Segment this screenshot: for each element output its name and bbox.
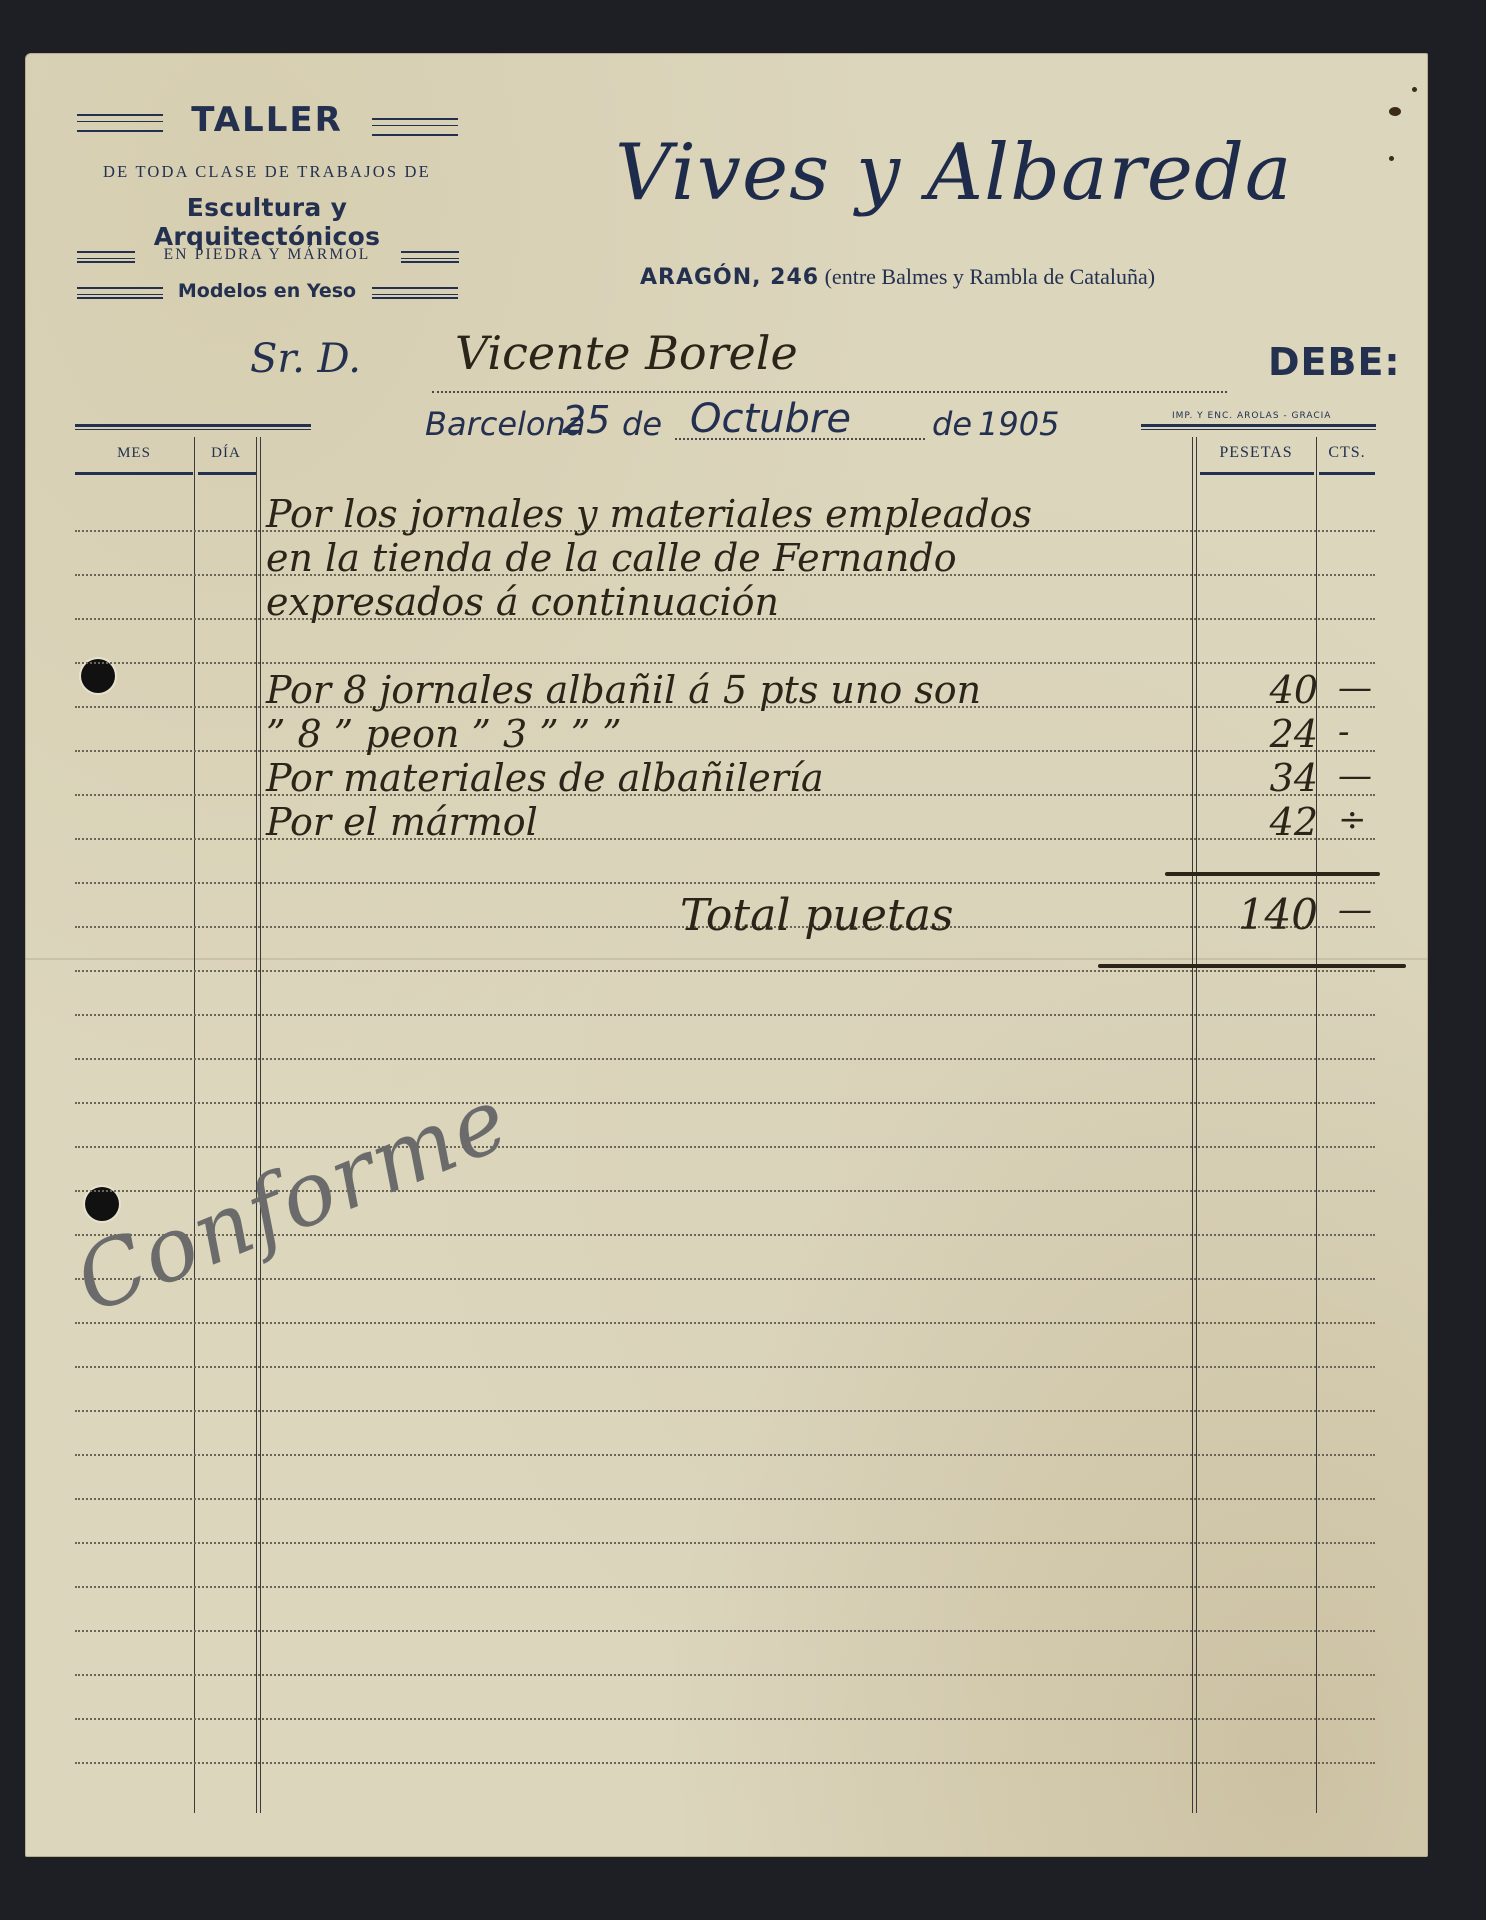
total-cts: — (1338, 890, 1372, 930)
item-cts: — (1338, 756, 1372, 796)
item-pesetas: 24 (1208, 712, 1318, 756)
intro-line-1: Por los jornales y materiales empleados (266, 492, 1032, 536)
column-header-underline (1319, 472, 1375, 475)
header-double-rule-left (75, 424, 311, 430)
column-rule-dia-desc-b (260, 437, 261, 1813)
taller-title-block: TALLER (74, 100, 460, 140)
printer-credit: IMP. Y ENC. AROLAS - GRACIA (1172, 411, 1331, 421)
column-rule-pesetas-cts (1316, 437, 1317, 1813)
subtotal-rule (1165, 872, 1380, 876)
column-header-underline (1200, 472, 1314, 475)
ornament-rule (401, 251, 459, 263)
column-rule-desc-pesetas-a (1192, 437, 1193, 1813)
column-rule-desc-pesetas-b (1196, 437, 1197, 1813)
letterhead-line-2: Escultura y Arquitectónicos (74, 193, 460, 251)
column-header-cts: CTS. (1318, 444, 1376, 462)
address-cross-streets: (entre Balmes y Rambla de Cataluña) (825, 264, 1156, 289)
letterhead-line-1: DE TODA CLASE DE TRABAJOS DE (74, 162, 460, 182)
item-description: Por materiales de albañilería (266, 756, 824, 800)
stain-speck (1389, 156, 1394, 161)
date-de-2: de (932, 405, 972, 443)
column-header-underline (75, 472, 193, 475)
debe-label: DEBE: (1268, 340, 1401, 384)
column-rule-dia-desc-a (256, 437, 257, 1813)
date-de-1: de (622, 405, 662, 443)
total-rule (1098, 964, 1406, 968)
item-pesetas: 34 (1208, 756, 1318, 800)
punch-hole-upper (81, 659, 115, 693)
recipient-name: Vicente Borele (455, 326, 798, 380)
column-header-mes: MES (76, 445, 192, 462)
stain-speck (1412, 87, 1417, 92)
item-pesetas: 42 (1208, 800, 1318, 844)
column-header-pesetas: PESETAS (1198, 444, 1314, 462)
item-description: ” 8 ” peon ” 3 ” ” ” (266, 712, 622, 756)
item-description: Por 8 jornales albañil á 5 pts uno son (266, 668, 981, 712)
item-cts: — (1338, 668, 1372, 708)
item-description: Por el mármol (266, 800, 538, 844)
salutation: Sr. D. (250, 336, 361, 382)
column-rule-mes-dia (194, 437, 195, 1813)
date-month: Octubre (690, 396, 851, 442)
item-pesetas: 40 (1208, 668, 1318, 712)
column-header-underline (198, 472, 256, 475)
total-pesetas: 140 (1208, 890, 1318, 939)
date-day: 25 (562, 398, 610, 442)
total-label: Total puetas (680, 890, 953, 941)
ornament-rule (372, 287, 458, 299)
item-cts: ÷ (1338, 800, 1367, 840)
firm-address: ARAGÓN, 246 (entre Balmes y Rambla de Ca… (640, 264, 1155, 290)
date-year: 1905 (978, 405, 1059, 443)
paper-fold-crease (25, 958, 1428, 960)
header-double-rule-right (1141, 424, 1376, 430)
taller-title: TALLER (191, 100, 343, 140)
column-header-dia: DÍA (196, 445, 256, 462)
recipient-dotted-line (432, 391, 1227, 393)
item-cts: - (1338, 712, 1350, 752)
intro-line-2: en la tienda de la calle de Fernando (266, 536, 957, 580)
firm-name: Vives y Albareda (615, 128, 1292, 218)
intro-line-3: expresados á continuación (266, 580, 779, 624)
stain-speck (1389, 107, 1401, 116)
address-street: ARAGÓN, 246 (640, 265, 819, 290)
